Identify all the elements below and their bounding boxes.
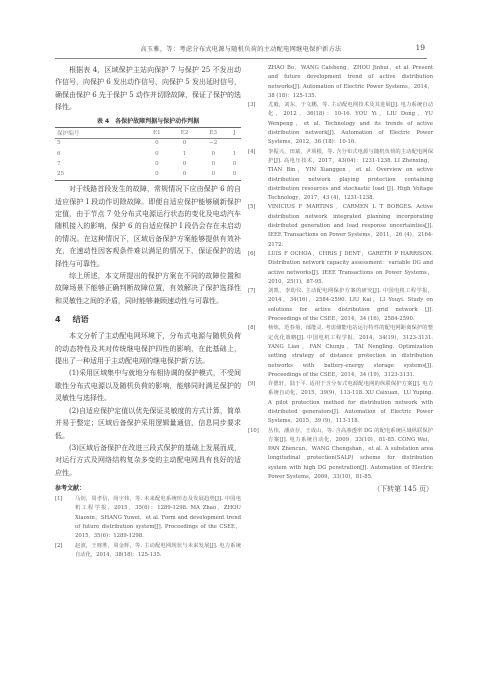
reference-text: 李振兴，田斌，尹项根，等. 含分布式电源与随机负荷的主动配电网保护[J]. 高电… <box>268 149 433 201</box>
reference-index: [10] <box>248 427 259 436</box>
table-row: 5 0 0 −2 <box>55 138 241 149</box>
reference-text: VINICIUS F MARTINS，CARMEN L T BORGES. Ac… <box>268 204 433 247</box>
column-header: E2 <box>171 127 199 138</box>
table-cell: 0 <box>198 159 228 169</box>
table-cell: 6 <box>55 149 143 159</box>
running-header: 高玉雅，等：考虑分布式电源与随机负荷的主动配电网继电保护新方法 19 <box>55 44 427 58</box>
paragraph: (3)区域后备保护在改进三段式保护的基础上发展而成，对运行方式及网络结构复杂多变… <box>55 442 241 479</box>
table-cell: 0 <box>228 170 241 181</box>
reference-text: 赵波，王财胜，周金辉，等. 主动配电网现状与未来发展[J]. 电力系统自动化，2… <box>75 543 241 558</box>
criteria-table: 保护编号 E1 E2 E3 J 5 0 0 −2 6 0 1 0 1 <box>55 127 241 182</box>
paragraph: 综上所述，本文所提出的保护方案在不同的故障位置和故障场景下能够正确判断故障位置，… <box>55 270 241 307</box>
right-column: ZHAO Bo，WANG Caisheng，ZHOU Jinhui，et al.… <box>248 64 433 494</box>
table-row: 7 0 0 0 0 <box>55 159 241 169</box>
column-header: J <box>228 127 241 138</box>
table-cell: 0 <box>143 138 171 149</box>
reference-text: 马钊，周孝信，尚宇炜，等. 未来配电系统形态及发展趋势[J]. 中国电机工程学报… <box>75 496 241 539</box>
table-cell: −2 <box>198 138 228 149</box>
section-title: 结语 <box>73 315 89 324</box>
reference-text: 刘凯，李幼仪. 主动配电网保护方案的研究[J]. 中国电机工程学报，2014，3… <box>268 288 433 322</box>
paragraph: 根据表 4，区域保护主站向保护 7 与保护 25 不发出动作信号，向保护 6 发… <box>55 64 241 114</box>
reference-text: 许偲轩，陆于平. 适用于含分布式电源配电网的纵联保护方案[J]. 电力系统自动化… <box>268 381 433 424</box>
table-cell: 7 <box>55 159 143 169</box>
table-caption: 表 4 各保护故障判据与保护动作判据 <box>55 116 241 125</box>
reference-index: [9] <box>248 380 256 389</box>
reference-item: [2] 赵波，王财胜，周金辉，等. 主动配电网现状与未来发展[J]. 电力系统自… <box>55 542 241 561</box>
table-cell: 25 <box>55 170 143 181</box>
reference-item: [5] VINICIUS F MARTINS，CARMEN L T BORGES… <box>248 203 433 249</box>
table-cell: 5 <box>55 138 143 149</box>
table-cell: 0 <box>198 149 228 159</box>
left-column: 根据表 4，区域保护主站向保护 7 与保护 25 不发出动作信号，向保护 6 发… <box>55 64 241 560</box>
references-heading: 参考文献： <box>55 483 241 492</box>
reference-index: [7] <box>248 287 256 296</box>
reference-index: [4] <box>248 148 256 157</box>
reference-index: [6] <box>248 250 256 259</box>
reference-index: [2] <box>55 542 63 551</box>
table-row: 25 0 0 0 0 <box>55 170 241 181</box>
reference-index: [1] <box>55 495 63 504</box>
table-cell: 0 <box>143 170 171 181</box>
reference-item: [7] 刘凯，李幼仪. 主动配电网保护方案的研究[J]. 中国电机工程学报，20… <box>248 287 433 324</box>
reference-item: [10] 丛伟，潘贞存，王成山，等. 含高渗透率 DG 的配电系统区域纵联保护方… <box>248 427 433 483</box>
table-cell: 1 <box>228 149 241 159</box>
column-header: 保护编号 <box>55 127 143 138</box>
paragraph: 对于线路首段发生的故障，常规情况下应由保护 6 的自适应保护 I 段动作切除故障… <box>55 183 241 270</box>
continued-note: （下转第 145 页） <box>248 484 433 494</box>
table-cell: 0 <box>171 138 199 149</box>
reference-item: [4] 李振兴，田斌，尹项根，等. 含分布式电源与随机负荷的主动配电网保护[J]… <box>248 148 433 204</box>
reference-text: ZHAO Bo，WANG Caisheng，ZHOU Jinhui，et al.… <box>268 65 433 99</box>
paragraph: 本文分析了主动配电网环境下，分布式电源与随机负荷的动态特性及其对传统继电保护四性… <box>55 330 241 367</box>
reference-text: 丛伟，潘贞存，王成山，等. 含高渗透率 DG 的配电系统区域纵联保护方案[J].… <box>268 428 433 480</box>
column-header: E1 <box>143 127 171 138</box>
reference-text: 尤毅，刘东，于文鹏，等. 主动配电网技术及其进展[J]. 电力系统自动化，201… <box>268 102 433 145</box>
table-cell: 1 <box>171 149 199 159</box>
column-header: E3 <box>198 127 228 138</box>
reference-index: [3] <box>248 101 256 110</box>
section-heading: 4结语 <box>55 314 241 325</box>
paragraph: (1)采用区域集中与就地分布相协调的保护模式，不受间歇性分布式电源以及随机负荷的… <box>55 367 241 404</box>
table-cell: 0 <box>143 149 171 159</box>
table-cell: 0 <box>171 170 199 181</box>
table-cell: 0 <box>198 170 228 181</box>
reference-text: 杨炼，范春菊，邰能灵. 考虑储能电站运行特性的配电网距离保护的整定优化策略[J]… <box>268 325 433 377</box>
reference-item: [1] 马钊，周孝信，尚宇炜，等. 未来配电系统形态及发展趋势[J]. 中国电机… <box>55 495 241 541</box>
table-cell: 0 <box>228 159 241 169</box>
reference-item: [3] 尤毅，刘东，于文鹏，等. 主动配电网技术及其进展[J]. 电力系统自动化… <box>248 101 433 147</box>
reference-item: [6] LUIS F OCHOA，CHRIS J DENT，GARETH P H… <box>248 250 433 287</box>
running-title: 高玉雅，等：考虑分布式电源与随机负荷的主动配电网继电保护新方法 <box>55 44 427 53</box>
reference-index: [8] <box>248 324 256 333</box>
section-number: 4 <box>55 315 61 324</box>
table-row: 6 0 1 0 1 <box>55 149 241 159</box>
table-header-row: 保护编号 E1 E2 E3 J <box>55 127 241 138</box>
header-divider <box>55 58 427 59</box>
reference-item: ZHAO Bo，WANG Caisheng，ZHOU Jinhui，et al.… <box>248 64 433 101</box>
reference-item: [9] 许偲轩，陆于平. 适用于含分布式电源配电网的纵联保护方案[J]. 电力系… <box>248 380 433 426</box>
paragraph: (2)自适应保护定值以优先保证灵敏度的方式计算，简单并易于整定；区域后备保护采用… <box>55 405 241 442</box>
page-number: 19 <box>415 43 425 52</box>
reference-text: LUIS F OCHOA，CHRIS J DENT，GARETH P HARRI… <box>268 251 433 285</box>
reference-item: [8] 杨炼，范春菊，邰能灵. 考虑储能电站运行特性的配电网距离保护的整定优化策… <box>248 324 433 380</box>
table-cell <box>228 138 241 149</box>
table-cell: 0 <box>171 159 199 169</box>
table-cell: 0 <box>143 159 171 169</box>
reference-index: [5] <box>248 203 256 212</box>
